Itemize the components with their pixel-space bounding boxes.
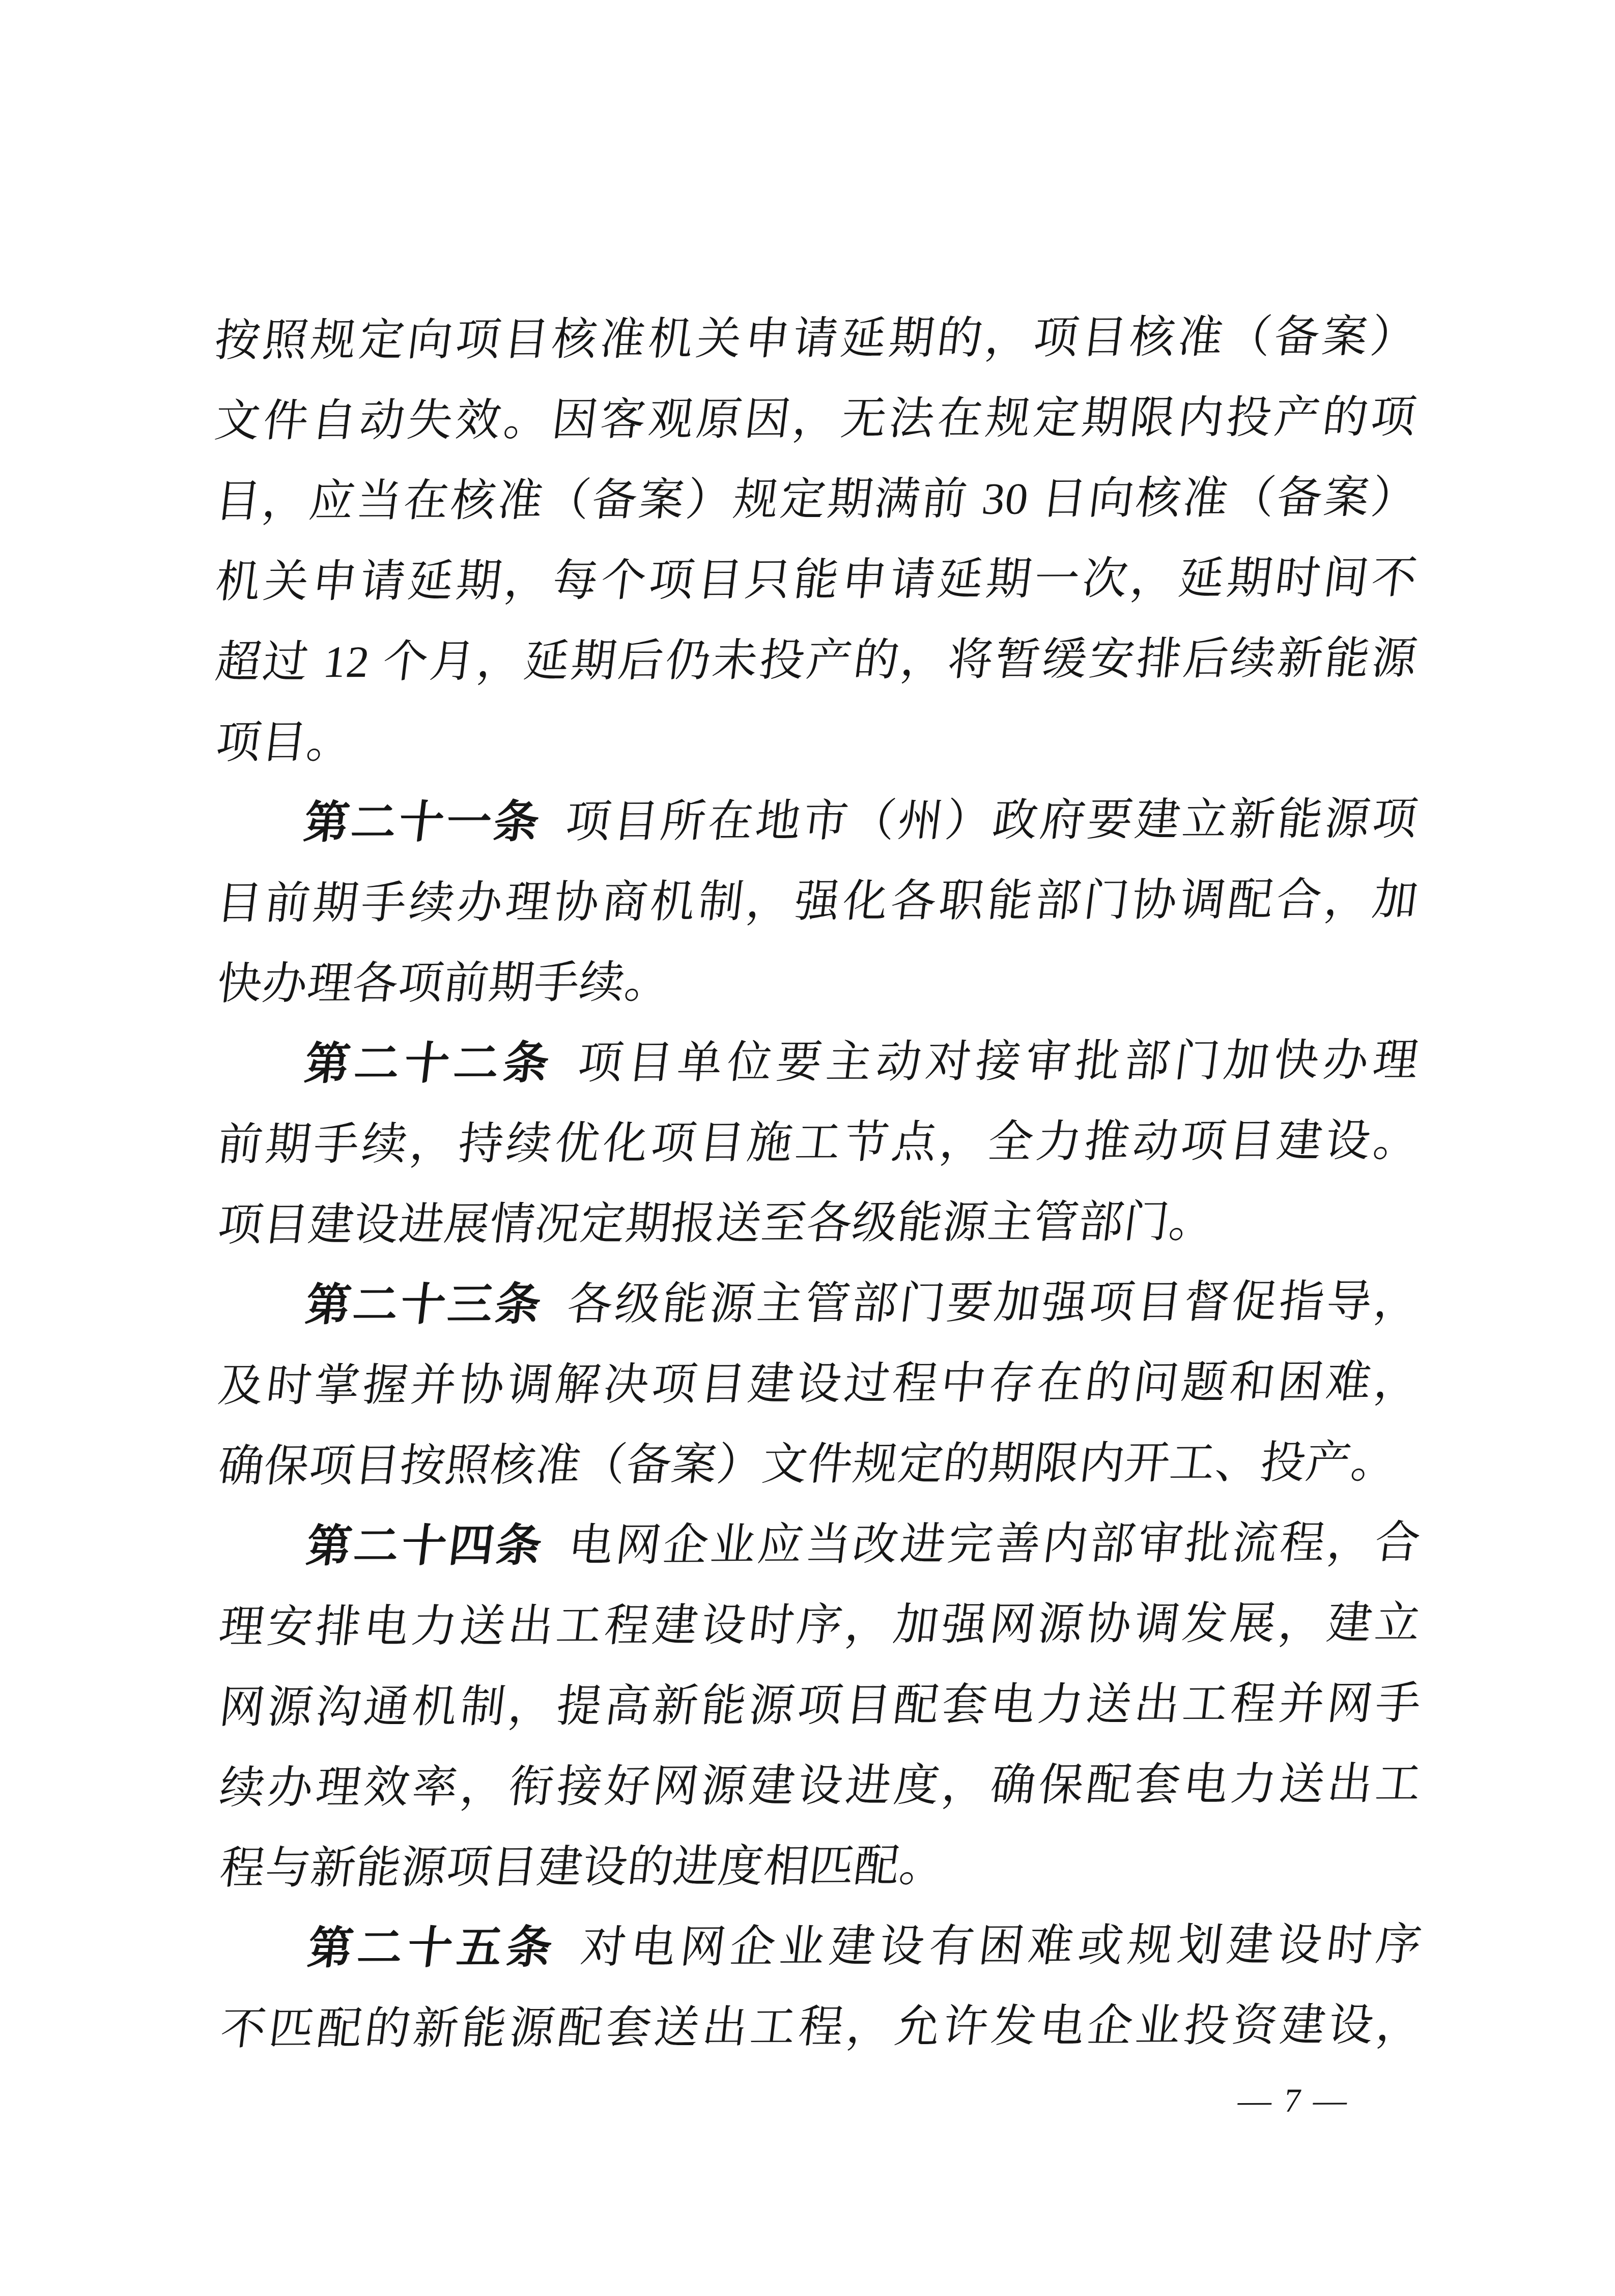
text-line: 文件自动失效。因客观原因，无法在规定期限内投产的项 bbox=[210, 378, 1421, 462]
scanned-content: 按照规定向项目核准机关申请延期的，项目核准（备案） 文件自动失效。因客观原因，无… bbox=[0, 0, 1615, 2296]
text-line: 确保项目按照核准（备案）文件规定的期限内开工、投产。 bbox=[214, 1423, 1425, 1507]
line-text: 程与新能源项目建设的进度相匹配。 bbox=[217, 1842, 948, 1893]
line-text: 不匹配的新能源配套送出工程，允许发电企业投资建设， bbox=[218, 2001, 1425, 2054]
page-number: — 7 — bbox=[1214, 2075, 1373, 2127]
line-text: 确保项目按照核准（备案）文件规定的期限内开工、投产。 bbox=[216, 1438, 1400, 1491]
text-line: 前期手续，持续优化项目施工节点，全力推动项目建设。 bbox=[213, 1101, 1424, 1186]
line-text: 文件自动失效。因客观原因，无法在规定期限内投产的项 bbox=[212, 393, 1420, 446]
text-line: 快办理各项前期手续。 bbox=[212, 940, 1423, 1025]
line-text: 电网企业应当改进完善内部审批流程，合 bbox=[565, 1518, 1423, 1571]
line-text: 快办理各项前期手续。 bbox=[214, 958, 673, 1009]
line-text: 机关申请延期，每个项目只能申请延期一次，延期时间不 bbox=[213, 554, 1420, 607]
line-text: 理安排电力送出工程建设时序，加强网源协调发展，建立 bbox=[216, 1599, 1424, 1652]
article-number: 第二十四条 bbox=[304, 1522, 547, 1572]
text-line: 续办理效率，衔接好网源建设进度，确保配套电力送出工 bbox=[215, 1744, 1426, 1829]
text-line-article-23: 第二十三条各级能源主管部门要加强项目督促指导， bbox=[213, 1262, 1424, 1346]
text-line: 按照规定向项目核准机关申请延期的，项目核准（备案） bbox=[210, 297, 1421, 382]
text-line: 不匹配的新能源配套送出工程，允许发电企业投资建设， bbox=[216, 1986, 1427, 2070]
text-line: 超过 12 个月，延期后仍未投产的，将暂缓安排后续新能源 bbox=[211, 619, 1422, 703]
article-number: 第二十三条 bbox=[303, 1280, 546, 1331]
text-line-article-21: 第二十一条项目所在地市（州）政府要建立新能源项 bbox=[212, 780, 1423, 864]
text-line: 目前期手续办理协商机制，强化各职能部门协调配合，加 bbox=[212, 860, 1423, 944]
line-text: 项目所在地市（州）政府要建立新能源项 bbox=[563, 795, 1421, 847]
text-line: 机关申请延期，每个项目只能申请延期一次，延期时间不 bbox=[211, 538, 1422, 623]
text-line: 项目。 bbox=[211, 699, 1422, 784]
document-page: 按照规定向项目核准机关申请延期的，项目核准（备案） 文件自动失效。因客观原因，无… bbox=[0, 0, 1615, 2296]
text-line-article-22: 第二十二条项目单位要主动对接审批部门加快办理 bbox=[213, 1021, 1424, 1105]
text-line: 项目建设进展情况定期报送至各级能源主管部门。 bbox=[213, 1182, 1424, 1266]
line-text: 按照规定向项目核准机关申请延期的，项目核准（备案） bbox=[212, 312, 1419, 366]
article-number: 第二十五条 bbox=[305, 1924, 559, 1974]
article-number: 第二十一条 bbox=[301, 798, 545, 848]
line-text: 超过 12 个月，延期后仍未投产的，将暂缓安排后续新能源 bbox=[213, 634, 1421, 687]
line-text: 对电网企业建设有困难或规划建设时序 bbox=[578, 1920, 1425, 1973]
text-line: 程与新能源项目建设的进度相匹配。 bbox=[215, 1825, 1426, 1909]
line-text: 续办理效率，衔接好网源建设进度，确保配套电力送出工 bbox=[217, 1760, 1424, 1813]
text-line: 及时掌握并协调解决项目建设过程中存在的问题和困难， bbox=[214, 1342, 1425, 1427]
line-text: 网源沟通机制，提高新能源项目配套电力送出工程并网手 bbox=[217, 1679, 1424, 1733]
line-text: 项目。 bbox=[213, 718, 355, 768]
line-text: 项目建设进展情况定期报送至各级能源主管部门。 bbox=[215, 1197, 1218, 1250]
line-text: 及时掌握并协调解决项目建设过程中存在的问题和困难， bbox=[216, 1358, 1423, 1411]
line-text: 各级能源主管部门要加强项目督促指导， bbox=[564, 1277, 1422, 1330]
body-text-block: 按照规定向项目核准机关申请延期的，项目核准（备案） 文件自动失效。因客观原因，无… bbox=[210, 297, 1417, 2070]
text-line: 网源沟通机制，提高新能源项目配套电力送出工程并网手 bbox=[215, 1664, 1426, 1748]
line-text: 目前期手续办理协商机制，强化各职能部门协调配合，加 bbox=[214, 875, 1421, 929]
text-line-article-24: 第二十四条电网企业应当改进完善内部审批流程，合 bbox=[214, 1503, 1425, 1588]
line-text: 项目单位要主动对接审批部门加快办理 bbox=[575, 1036, 1422, 1088]
text-line: 目，应当在核准（备案）规定期满前 30 日向核准（备案） bbox=[211, 458, 1422, 542]
line-text: 目，应当在核准（备案）规定期满前 30 日向核准（备案） bbox=[213, 473, 1420, 527]
article-number: 第二十二条 bbox=[302, 1039, 556, 1089]
line-text: 前期手续，持续优化项目施工节点，全力推动项目建设。 bbox=[215, 1116, 1422, 1170]
text-line-article-25: 第二十五条对电网企业建设有困难或规划建设时序 bbox=[216, 1905, 1427, 1990]
text-line: 理安排电力送出工程建设时序，加强网源协调发展，建立 bbox=[215, 1584, 1426, 1668]
